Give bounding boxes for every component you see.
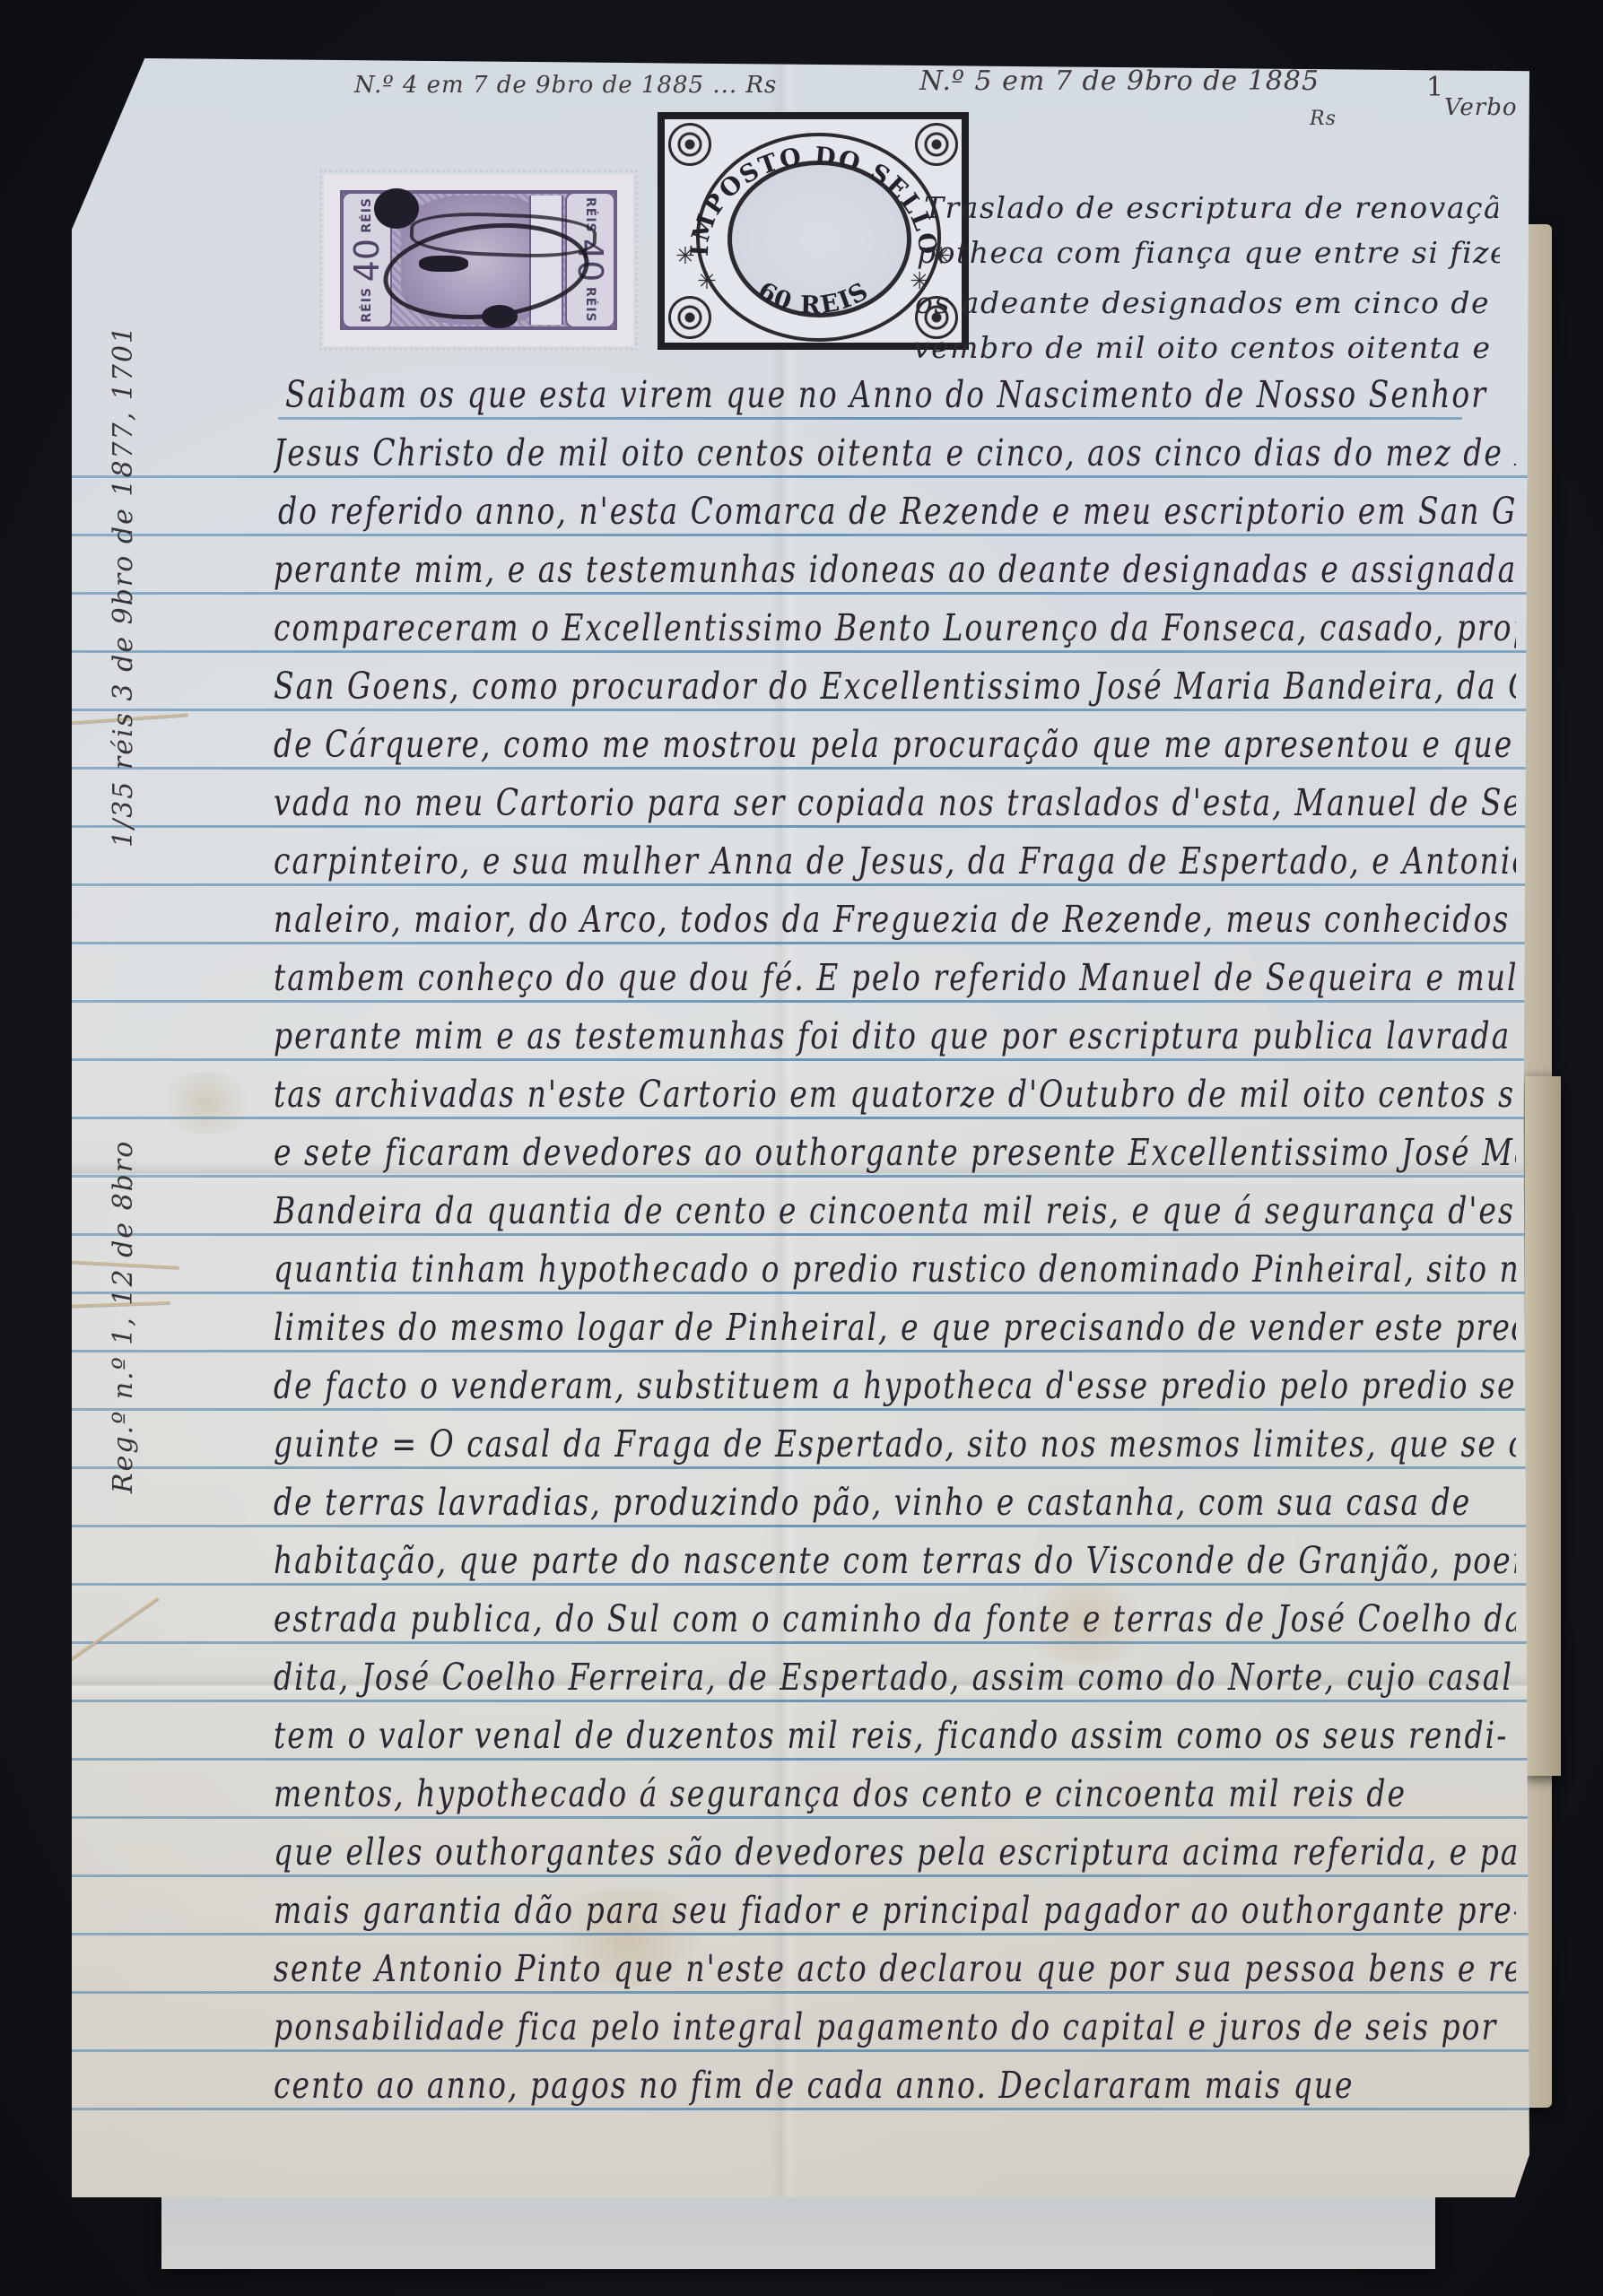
- svg-text:60 REIS: 60 REIS: [753, 277, 874, 320]
- body-line: de terras lavradias, produzindo pão, vin…: [274, 1480, 1516, 1524]
- underlying-sheet-torn-edge: [1525, 1076, 1561, 1776]
- body-line: vada no meu Cartorio para ser copiada no…: [274, 780, 1516, 824]
- page-number: 1: [1426, 72, 1444, 103]
- header-annotation-left: N.º 4 em 7 de 9bro de 1885 ... Rs: [354, 72, 777, 99]
- body-line: compareceram o Excellentissimo Bento Lou…: [274, 605, 1516, 649]
- body-line: limites do mesmo logar de Pinheiral, e q…: [274, 1305, 1516, 1349]
- body-line: tas archivadas n'este Cartorio em quator…: [274, 1072, 1516, 1116]
- title-line: potheca com fiança que entre si fizeram: [917, 235, 1500, 270]
- ink-blot: [419, 256, 468, 272]
- body-line: sente Antonio Pinto que n'este acto decl…: [274, 1946, 1516, 1990]
- binding-thread: [62, 1597, 159, 1666]
- body-line: carpinteiro, e sua mulher Anna de Jesus,…: [274, 839, 1516, 883]
- body-line: tem o valor venal de duzentos mil reis, …: [274, 1713, 1516, 1757]
- body-line: Jesus Christo de mil oito centos oitenta…: [274, 430, 1516, 474]
- body-line: guinte = O casal da Fraga de Espertado, …: [274, 1422, 1516, 1465]
- paper-stain: [152, 1072, 260, 1135]
- body-line: e sete ficaram devedores ao outhorgante …: [274, 1130, 1516, 1174]
- title-line: vembro de mil oito centos oitenta e cinc…: [913, 330, 1496, 365]
- header-annotation-right: N.º 5 em 7 de 9bro de 1885: [919, 65, 1320, 97]
- ink-blot: [374, 188, 419, 229]
- body-line: Bandeira da quantia de cento e cincoenta…: [274, 1188, 1516, 1232]
- body-line: de Cárquere, como me mostrou pela procur…: [274, 722, 1516, 766]
- body-line: San Goens, como procurador do Excellenti…: [274, 664, 1516, 708]
- body-line: habitação, que parte do nascente com ter…: [274, 1538, 1516, 1582]
- margin-note-upper: 1/35 réis 3 de 9bro de 1877, 1701: [108, 325, 139, 848]
- body-line: de facto o venderam, substituem a hypoth…: [274, 1363, 1516, 1407]
- body-line: mais garantia dão para seu fiador e prin…: [274, 1888, 1516, 1932]
- body-line: cento ao anno, pagos no fim de cada anno…: [274, 2063, 1516, 2107]
- header-annotation-right-sub: Rs: [1310, 108, 1337, 130]
- svg-text:IMPOSTO DO SELLO: IMPOSTO DO SELLO: [686, 143, 942, 257]
- body-line: ponsabilidade fica pelo integral pagamen…: [274, 2005, 1516, 2048]
- ink-blot: [482, 305, 518, 328]
- body-line: do referido anno, n'esta Comarca de Reze…: [278, 489, 1516, 533]
- body-line: perante mim, e as testemunhas idoneas ao…: [274, 547, 1516, 591]
- body-line: perante mim e as testemunhas foi dito qu…: [274, 1013, 1516, 1057]
- margin-note-lower: Reg.º n.º 1, 12 de 8bro: [108, 1140, 139, 1493]
- title-line: Traslado de escriptura de renovação d'hy…: [924, 190, 1498, 225]
- body-line: estrada publica, do Sul com o caminho da…: [274, 1596, 1516, 1640]
- page-verso-note: Verbo: [1444, 94, 1518, 121]
- body-line: que elles outhorgantes são devedores pel…: [274, 1830, 1516, 1874]
- body-line: tambem conheço do que dou fé. E pelo ref…: [274, 955, 1516, 999]
- revenue-stamp-40-reis: RÉIS 40 RÉIS RÉIS 40 RÉIS: [329, 179, 628, 341]
- body-line: quantia tinham hypothecado o predio rust…: [274, 1247, 1516, 1291]
- underlying-sheet-bottom-edge: [161, 2188, 1435, 2269]
- body-line: mentos, hypothecado á segurança dos cent…: [274, 1771, 1516, 1815]
- title-line: os adeante designados em cinco de No-: [915, 285, 1498, 320]
- body-line: dita, José Coelho Ferreira, de Espertado…: [274, 1655, 1516, 1699]
- body-line: Saibam os que esta virem que no Anno do …: [285, 372, 1514, 416]
- body-line: naleiro, maior, do Arco, todos da Fregue…: [274, 897, 1516, 941]
